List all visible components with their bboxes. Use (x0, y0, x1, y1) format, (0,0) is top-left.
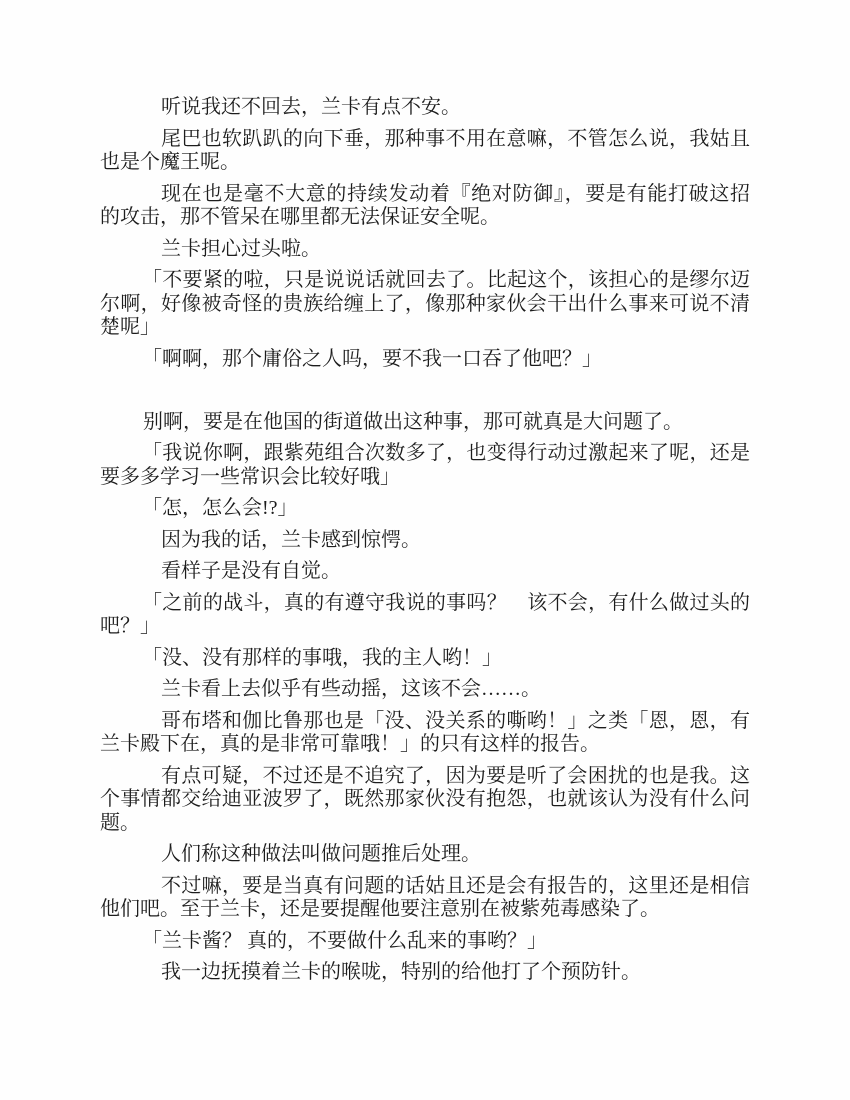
paragraph: 有点可疑，不过还是不追究了，因为要是听了会困扰的也是我。这个事情都交给迪亚波罗了… (100, 765, 750, 836)
paragraph: 因为我的话，兰卡感到惊愕。 (100, 529, 750, 553)
dialogue-paragraph: 「没、没有那样的事哦，我的主人哟！」 (100, 647, 750, 671)
dialogue-paragraph: 「兰卡酱？ 真的，不要做什么乱来的事哟？」 (100, 930, 750, 954)
text-block: 听说我还不回去，兰卡有点不安。 尾巴也软趴趴的向下垂，那种事不用在意嘛，不管怎么… (100, 96, 750, 993)
paragraph: 尾巴也软趴趴的向下垂，那种事不用在意嘛，不管怎么说，我姑且也是个魔王呢。 (100, 128, 750, 175)
dialogue-paragraph: 「啊啊，那个庸俗之人吗，要不我一口吞了他吧？」 (100, 348, 750, 372)
paragraph: 兰卡看上去似乎有些动摇，这该不会……。 (100, 678, 750, 702)
paragraph: 现在也是毫不大意的持续发动着『绝对防御』，要是有能打破这招的攻击，那不管呆在哪里… (100, 183, 750, 230)
paragraph: 不过嘛，要是当真有问题的话姑且还是会有报告的，这里还是相信他们吧。至于兰卡，还是… (100, 875, 750, 922)
paragraph: 人们称这种做法叫做问题推后处理。 (100, 843, 750, 867)
dialogue-paragraph: 「我说你啊，跟紫苑组合次数多了，也变得行动过激起来了呢，还是要多多学习一些常识会… (100, 442, 750, 489)
paragraph: 我一边抚摸着兰卡的喉咙，特别的给他打了个预防针。 (100, 961, 750, 985)
paragraph: 兰卡担心过头啦。 (100, 238, 750, 262)
blank-line (100, 379, 750, 403)
paragraph: 别啊，要是在他国的街道做出这种事，那可就真是大问题了。 (100, 411, 750, 435)
dialogue-paragraph: 「之前的战斗，真的有遵守我说的事吗？ 该不会，有什么做过头的吧？」 (100, 592, 750, 639)
dialogue-paragraph: 「不要紧的啦，只是说说话就回去了。比起这个，该担心的是缪尔迈尔啊，好像被奇怪的贵… (100, 269, 750, 340)
dialogue-paragraph: 「怎，怎么会!?」 (100, 497, 750, 521)
paragraph: 哥布塔和伽比鲁那也是「没、没关系的嘶哟！」之类「恩，恩，有兰卡殿下在，真的是非常… (100, 710, 750, 757)
paragraph: 听说我还不回去，兰卡有点不安。 (100, 96, 750, 120)
novel-page: 听说我还不回去，兰卡有点不安。 尾巴也软趴趴的向下垂，那种事不用在意嘛，不管怎么… (0, 0, 850, 1100)
paragraph: 看样子是没有自觉。 (100, 560, 750, 584)
